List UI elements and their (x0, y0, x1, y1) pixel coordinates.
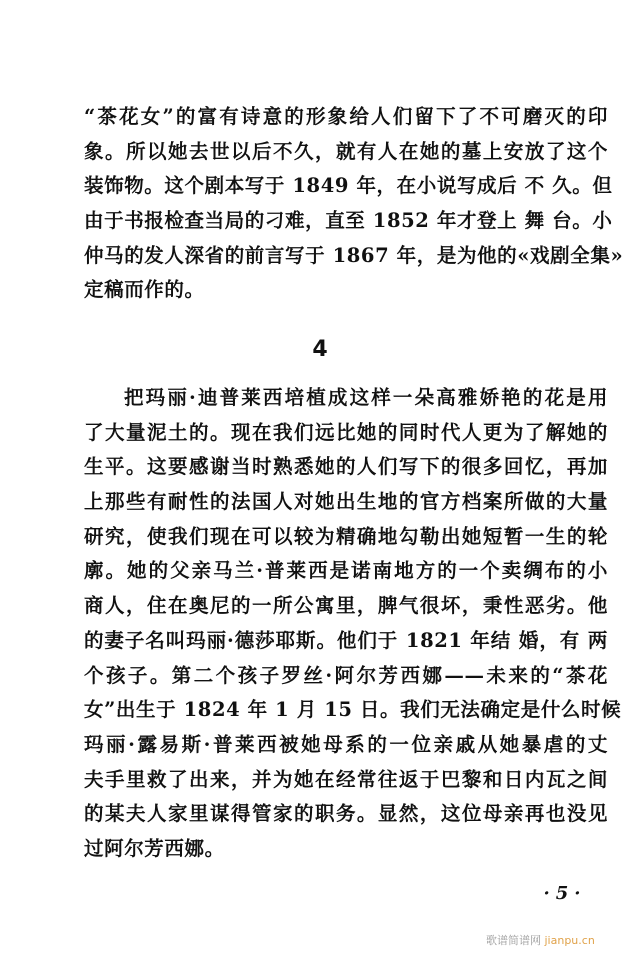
text-line: 研究，使我们现在可以较为精确地勾勒出她短暂一生的轮 (84, 520, 608, 555)
text-line: 夫手里救了出来，并为她在经常往返于巴黎和日内瓦之间 (84, 763, 608, 798)
text-line: 生平。这要感谢当时熟悉她的人们写下的很多回忆，再加 (84, 450, 608, 485)
watermark-domain: jianpu.cn (545, 934, 595, 947)
text-line: 仲马的发人深省的前言写于 1867 年，是为他的«戏剧全集» (84, 239, 608, 274)
text-line: 由于书报检查当局的刁难，直至 1852 年才登上 舞 台。小 (84, 204, 608, 239)
text-line: 的某夫人家里谋得管家的职务。显然，这位母亲再也没见 (84, 797, 608, 832)
text-line: 廓。她的父亲马兰·普莱西是诺南地方的一个卖绸布的小 (84, 554, 608, 589)
text-line: 的妻子名叫玛丽·德莎耶斯。他们于 1821 年结 婚，有 两 (84, 624, 608, 659)
text-line: 女”出生于 1824 年 1 月 15 日。我们无法确定是什么时候 (84, 693, 608, 728)
text-line: 过阿尔芳西娜。 (84, 832, 608, 867)
book-page: “茶花女”的富有诗意的形象给人们留下了不可磨灭的印 象。所以她去世以后不久，就有… (0, 0, 640, 959)
text-line: “茶花女”的富有诗意的形象给人们留下了不可磨灭的印 (84, 100, 608, 135)
text-line: 上那些有耐性的法国人对她出生地的官方档案所做的大量 (84, 485, 608, 520)
text-line: 了大量泥土的。现在我们远比她的同时代人更为了解她的 (84, 416, 608, 451)
text-line: 象。所以她去世以后不久，就有人在她的墓上安放了这个 (84, 135, 608, 170)
watermark-text: 歌谱简谱网 (486, 934, 541, 947)
text-line: 把玛丽·迪普莱西培植成这样一朵高雅娇艳的花是用 (84, 381, 608, 416)
section-heading: 4 (0, 333, 640, 367)
text-line: 装饰物。这个剧本写于 1849 年，在小说写成后 不 久。但 (84, 169, 608, 204)
page-number: ·5· (520, 883, 610, 904)
text-line: 定稿而作的。 (84, 273, 608, 308)
watermark: 歌谱简谱网 jianpu.cn (486, 932, 595, 948)
text-line: 个孩子。第二个孩子罗丝·阿尔芳西娜——未来的“茶花 (84, 659, 608, 694)
paragraph-2: 把玛丽·迪普莱西培植成这样一朵高雅娇艳的花是用 了大量泥土的。现在我们远比她的同… (84, 381, 608, 867)
text-line: 玛丽·露易斯·普莱西被她母系的一位亲戚从她暴虐的丈 (84, 728, 608, 763)
text-line: 商人，住在奥尼的一所公寓里，脾气很坏，秉性恶劣。他 (84, 589, 608, 624)
paragraph-1: “茶花女”的富有诗意的形象给人们留下了不可磨灭的印 象。所以她去世以后不久，就有… (84, 100, 608, 308)
